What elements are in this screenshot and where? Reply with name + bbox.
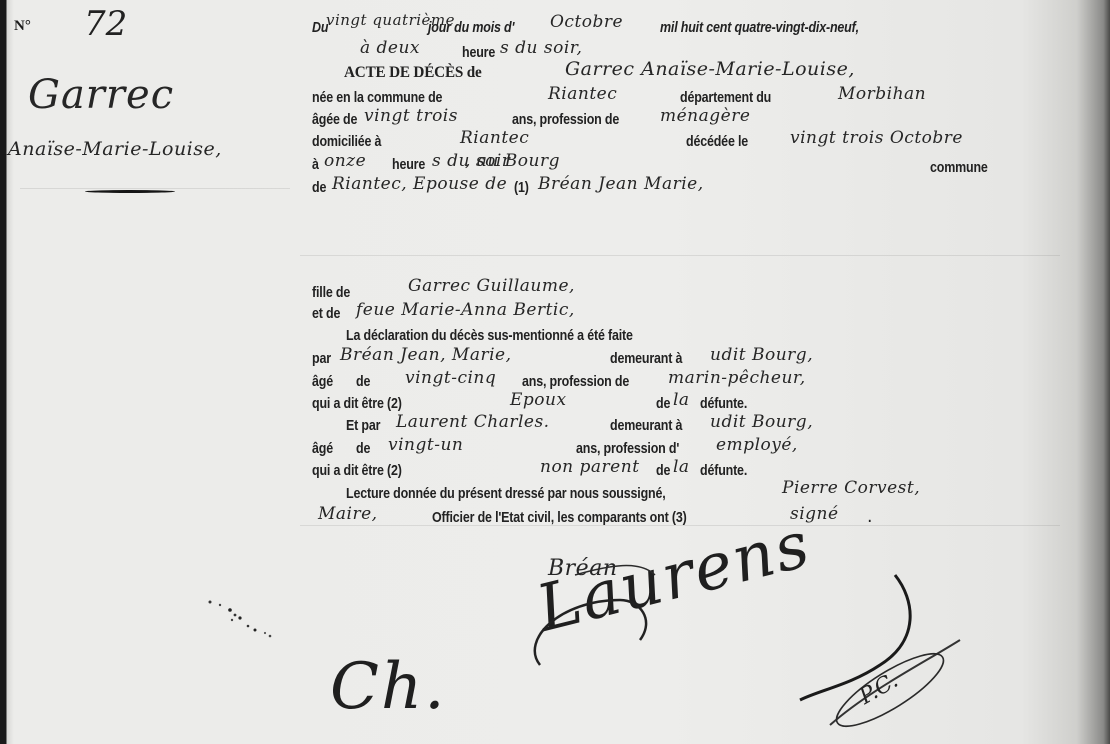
register-page: N° 72 Garrec Anaïse-Marie-Louise, Du vin… bbox=[0, 0, 1110, 744]
signature-flourishes: P.C. bbox=[0, 0, 1110, 744]
ink-specks bbox=[170, 590, 290, 670]
